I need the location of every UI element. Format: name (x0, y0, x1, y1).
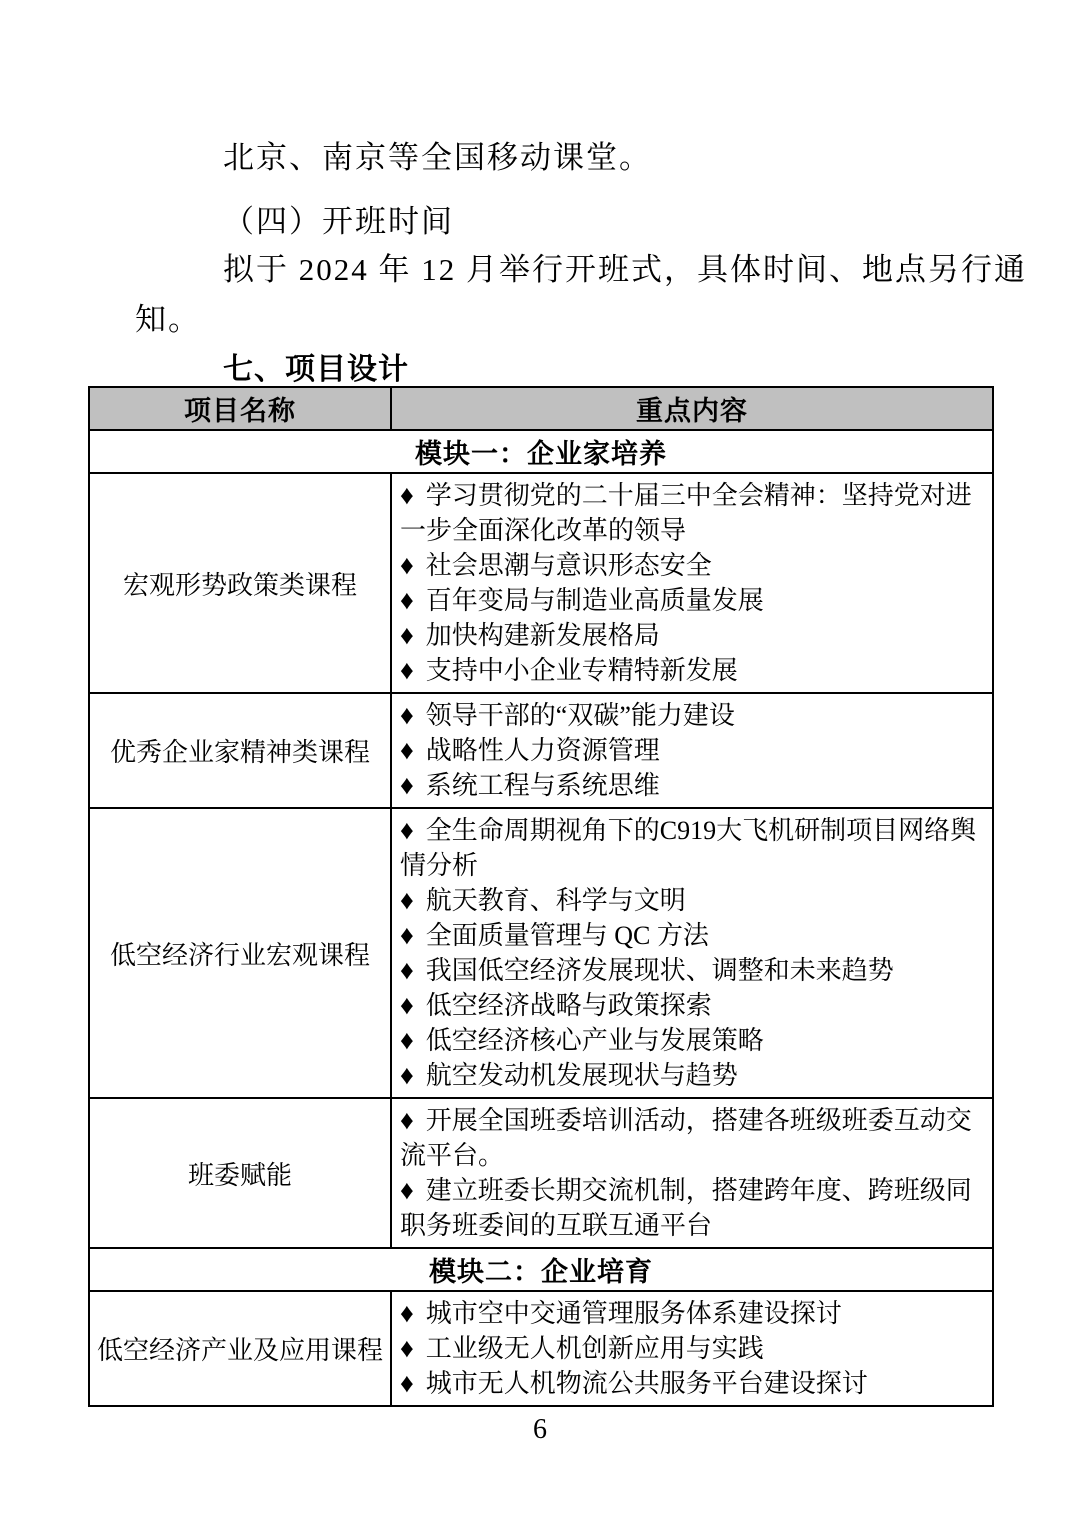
row-name-cell: 宏观形势政策类课程 (89, 473, 391, 693)
diamond-bullet-icon: ♦ (400, 953, 414, 988)
bullet-item: ♦社会思潮与意识形态安全 (400, 548, 984, 583)
intro-paragraph-line: （四）开班时间 (223, 205, 454, 239)
row-name-cell: 低空经济产业及应用课程 (89, 1291, 391, 1406)
row-name-cell: 班委赋能 (89, 1098, 391, 1248)
bullet-item: ♦航空发动机发展现状与趋势 (400, 1058, 984, 1093)
row-name-cell: 优秀企业家精神类课程 (89, 693, 391, 808)
row-name-cell: 低空经济行业宏观课程 (89, 808, 391, 1098)
project-table: 项目名称 重点内容 模块一：企业家培养宏观形势政策类课程♦学习贯彻党的二十届三中… (88, 386, 994, 1407)
diamond-bullet-icon: ♦ (400, 813, 414, 848)
bullet-item: ♦低空经济战略与政策探索 (400, 988, 984, 1023)
table-row: 班委赋能♦开展全国班委培训活动，搭建各班级班委互动交流平台。♦建立班委长期交流机… (89, 1098, 993, 1248)
diamond-bullet-icon: ♦ (400, 918, 414, 953)
bullet-item: ♦建立班委长期交流机制，搭建跨年度、跨班级同职务班委间的互联互通平台 (400, 1173, 984, 1243)
diamond-bullet-icon: ♦ (400, 478, 414, 513)
module-row: 模块二：企业培育 (89, 1248, 993, 1291)
bullet-item: ♦加快构建新发展格局 (400, 618, 984, 653)
bullet-item: ♦开展全国班委培训活动，搭建各班级班委互动交流平台。 (400, 1103, 984, 1173)
document-page: 北京、南京等全国移动课堂。 （四）开班时间 拟于 2024 年 12 月举行开班… (0, 0, 1080, 1528)
module-title: 模块二：企业培育 (89, 1248, 993, 1291)
row-content-cell: ♦学习贯彻党的二十届三中全会精神：坚持党对进一步全面深化改革的领导♦社会思潮与意… (391, 473, 993, 693)
intro-paragraph-line: 拟于 2024 年 12 月举行开班式，具体时间、地点另行通 (223, 253, 1027, 287)
diamond-bullet-icon: ♦ (400, 1331, 414, 1366)
bullet-item: ♦城市空中交通管理服务体系建设探讨 (400, 1296, 984, 1331)
bullet-item: ♦百年变局与制造业高质量发展 (400, 583, 984, 618)
diamond-bullet-icon: ♦ (400, 698, 414, 733)
diamond-bullet-icon: ♦ (400, 1366, 414, 1401)
diamond-bullet-icon: ♦ (400, 1058, 414, 1093)
bullet-item: ♦航天教育、科学与文明 (400, 883, 984, 918)
table-body: 模块一：企业家培养宏观形势政策类课程♦学习贯彻党的二十届三中全会精神：坚持党对进… (89, 430, 993, 1406)
diamond-bullet-icon: ♦ (400, 583, 414, 618)
diamond-bullet-icon: ♦ (400, 1103, 414, 1138)
row-content-cell: ♦领导干部的“双碳”能力建设♦战略性人力资源管理♦系统工程与系统思维 (391, 693, 993, 808)
diamond-bullet-icon: ♦ (400, 733, 414, 768)
diamond-bullet-icon: ♦ (400, 1023, 414, 1058)
diamond-bullet-icon: ♦ (400, 618, 414, 653)
row-content-cell: ♦城市空中交通管理服务体系建设探讨♦工业级无人机创新应用与实践♦城市无人机物流公… (391, 1291, 993, 1406)
bullet-item: ♦系统工程与系统思维 (400, 768, 984, 803)
intro-paragraph-line: 知。 (135, 303, 201, 337)
diamond-bullet-icon: ♦ (400, 1296, 414, 1331)
bullet-item: ♦学习贯彻党的二十届三中全会精神：坚持党对进一步全面深化改革的领导 (400, 478, 984, 548)
diamond-bullet-icon: ♦ (400, 548, 414, 583)
table-header-row: 项目名称 重点内容 (89, 387, 993, 430)
table-row: 低空经济行业宏观课程♦全生命周期视角下的C919大飞机研制项目网络舆情分析♦航天… (89, 808, 993, 1098)
header-cell-key-content: 重点内容 (391, 387, 993, 430)
bullet-item: ♦城市无人机物流公共服务平台建设探讨 (400, 1366, 984, 1401)
bullet-item: ♦我国低空经济发展现状、调整和未来趋势 (400, 953, 984, 988)
bullet-item: ♦全面质量管理与 QC 方法 (400, 918, 984, 953)
table-row: 优秀企业家精神类课程♦领导干部的“双碳”能力建设♦战略性人力资源管理♦系统工程与… (89, 693, 993, 808)
diamond-bullet-icon: ♦ (400, 768, 414, 803)
diamond-bullet-icon: ♦ (400, 1173, 414, 1208)
bullet-item: ♦支持中小企业专精特新发展 (400, 653, 984, 688)
bullet-item: ♦工业级无人机创新应用与实践 (400, 1331, 984, 1366)
bullet-item: ♦全生命周期视角下的C919大飞机研制项目网络舆情分析 (400, 813, 984, 883)
page-number: 6 (0, 1414, 1080, 1446)
section-heading: 七、项目设计 (223, 344, 409, 388)
diamond-bullet-icon: ♦ (400, 653, 414, 688)
bullet-item: ♦低空经济核心产业与发展策略 (400, 1023, 984, 1058)
diamond-bullet-icon: ♦ (400, 988, 414, 1023)
row-content-cell: ♦全生命周期视角下的C919大飞机研制项目网络舆情分析♦航天教育、科学与文明♦全… (391, 808, 993, 1098)
bullet-item: ♦领导干部的“双碳”能力建设 (400, 698, 984, 733)
module-title: 模块一：企业家培养 (89, 430, 993, 473)
module-row: 模块一：企业家培养 (89, 430, 993, 473)
table-row: 低空经济产业及应用课程♦城市空中交通管理服务体系建设探讨♦工业级无人机创新应用与… (89, 1291, 993, 1406)
intro-paragraph-line: 北京、南京等全国移动课堂。 (223, 141, 652, 175)
diamond-bullet-icon: ♦ (400, 883, 414, 918)
bullet-item: ♦战略性人力资源管理 (400, 733, 984, 768)
table-row: 宏观形势政策类课程♦学习贯彻党的二十届三中全会精神：坚持党对进一步全面深化改革的… (89, 473, 993, 693)
row-content-cell: ♦开展全国班委培训活动，搭建各班级班委互动交流平台。♦建立班委长期交流机制，搭建… (391, 1098, 993, 1248)
header-cell-project-name: 项目名称 (89, 387, 391, 430)
